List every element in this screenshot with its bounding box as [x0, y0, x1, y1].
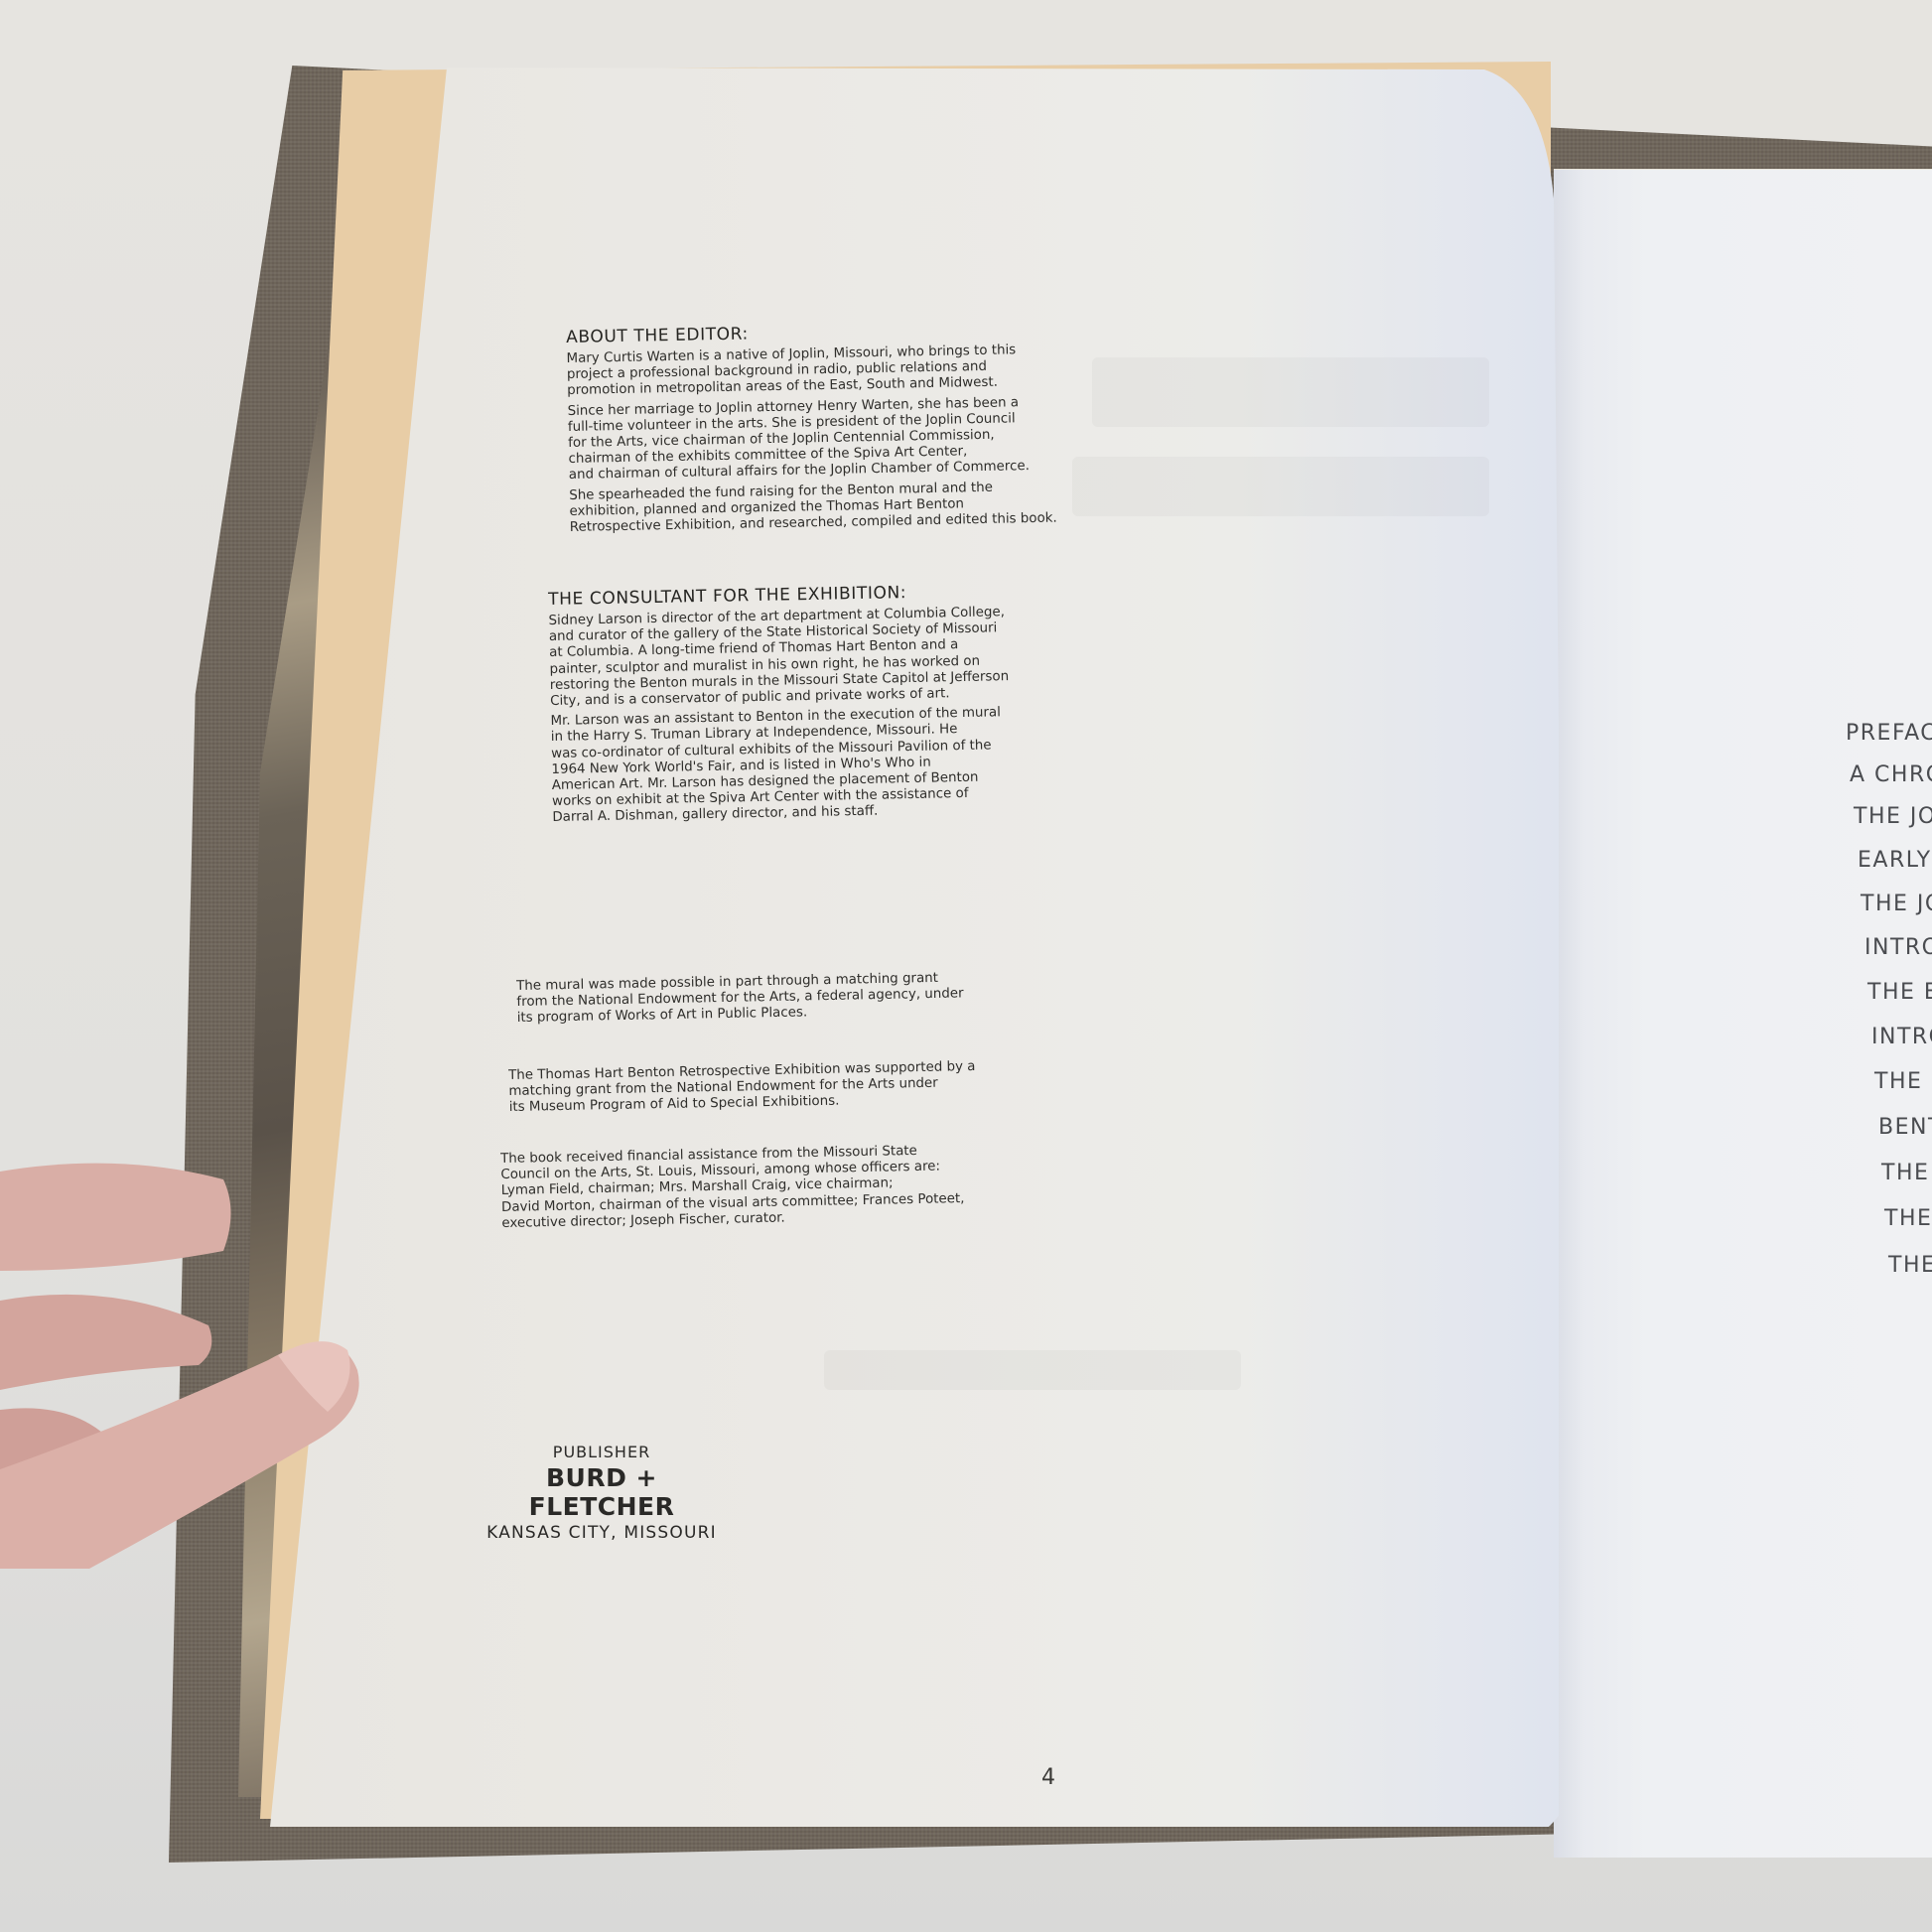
acknowledgement-book: The book received financial assistance f… [500, 1141, 1088, 1236]
toc-item: PREFACE . [1846, 721, 1932, 746]
paragraph: Mr. Larson was an assistant to Benton in… [550, 703, 1108, 826]
publisher-name: BURD + FLETCHER [473, 1463, 731, 1521]
consultant-section: THE CONSULTANT FOR THE EXHIBITION: Sidne… [548, 579, 1109, 830]
toc-item: BENTO [1878, 1115, 1932, 1140]
toc-item: EARLY D [1858, 848, 1932, 873]
acknowledgement-mural: The mural was made possible in part thro… [516, 968, 1093, 1032]
paragraph: She spearheaded the fund raising for the… [569, 478, 1126, 536]
right-page: PREFACE . A CHRON THE JOPL EARLY D THE J… [1554, 169, 1932, 1858]
paragraph: Sidney Larson is director of the art dep… [548, 603, 1106, 710]
about-editor-section: ABOUT THE EDITOR: Mary Curtis Warten is … [566, 317, 1126, 540]
paragraph: The mural was made possible in part thro… [516, 968, 1093, 1028]
toc-item: INTRO [1871, 1025, 1932, 1049]
toc-item: THE P [1874, 1069, 1932, 1094]
photo-scene: PREFACE . A CHRON THE JOPL EARLY D THE J… [0, 0, 1932, 1932]
publisher-city: KANSAS CITY, MISSOURI [473, 1523, 731, 1543]
toc-item: THE JOPL [1854, 804, 1932, 829]
bleed-through [1092, 357, 1489, 427]
toc-item: THE JOP [1861, 892, 1932, 916]
paragraph: Mary Curtis Warten is a native of Joplin… [566, 341, 1123, 399]
toc-item: THE S [1881, 1161, 1932, 1185]
paragraph: The Thomas Hart Benton Retrospective Exh… [508, 1057, 1095, 1117]
toc-item: A CHRON [1850, 762, 1932, 787]
bleed-through [1072, 457, 1489, 516]
toc-item: INTROD [1864, 935, 1932, 960]
toc-item: THE EX [1867, 980, 1932, 1005]
bleed-through [824, 1350, 1241, 1390]
publisher-block: PUBLISHER BURD + FLETCHER KANSAS CITY, M… [473, 1443, 731, 1543]
paragraph: The book received financial assistance f… [500, 1141, 1087, 1232]
toc-item: THE [1884, 1206, 1932, 1231]
paragraph: Since her marriage to Joplin attorney He… [567, 393, 1124, 484]
toc-item: THE [1888, 1253, 1932, 1278]
page-number: 4 [1041, 1765, 1055, 1790]
hand [0, 1152, 367, 1569]
publisher-label: PUBLISHER [473, 1443, 731, 1461]
